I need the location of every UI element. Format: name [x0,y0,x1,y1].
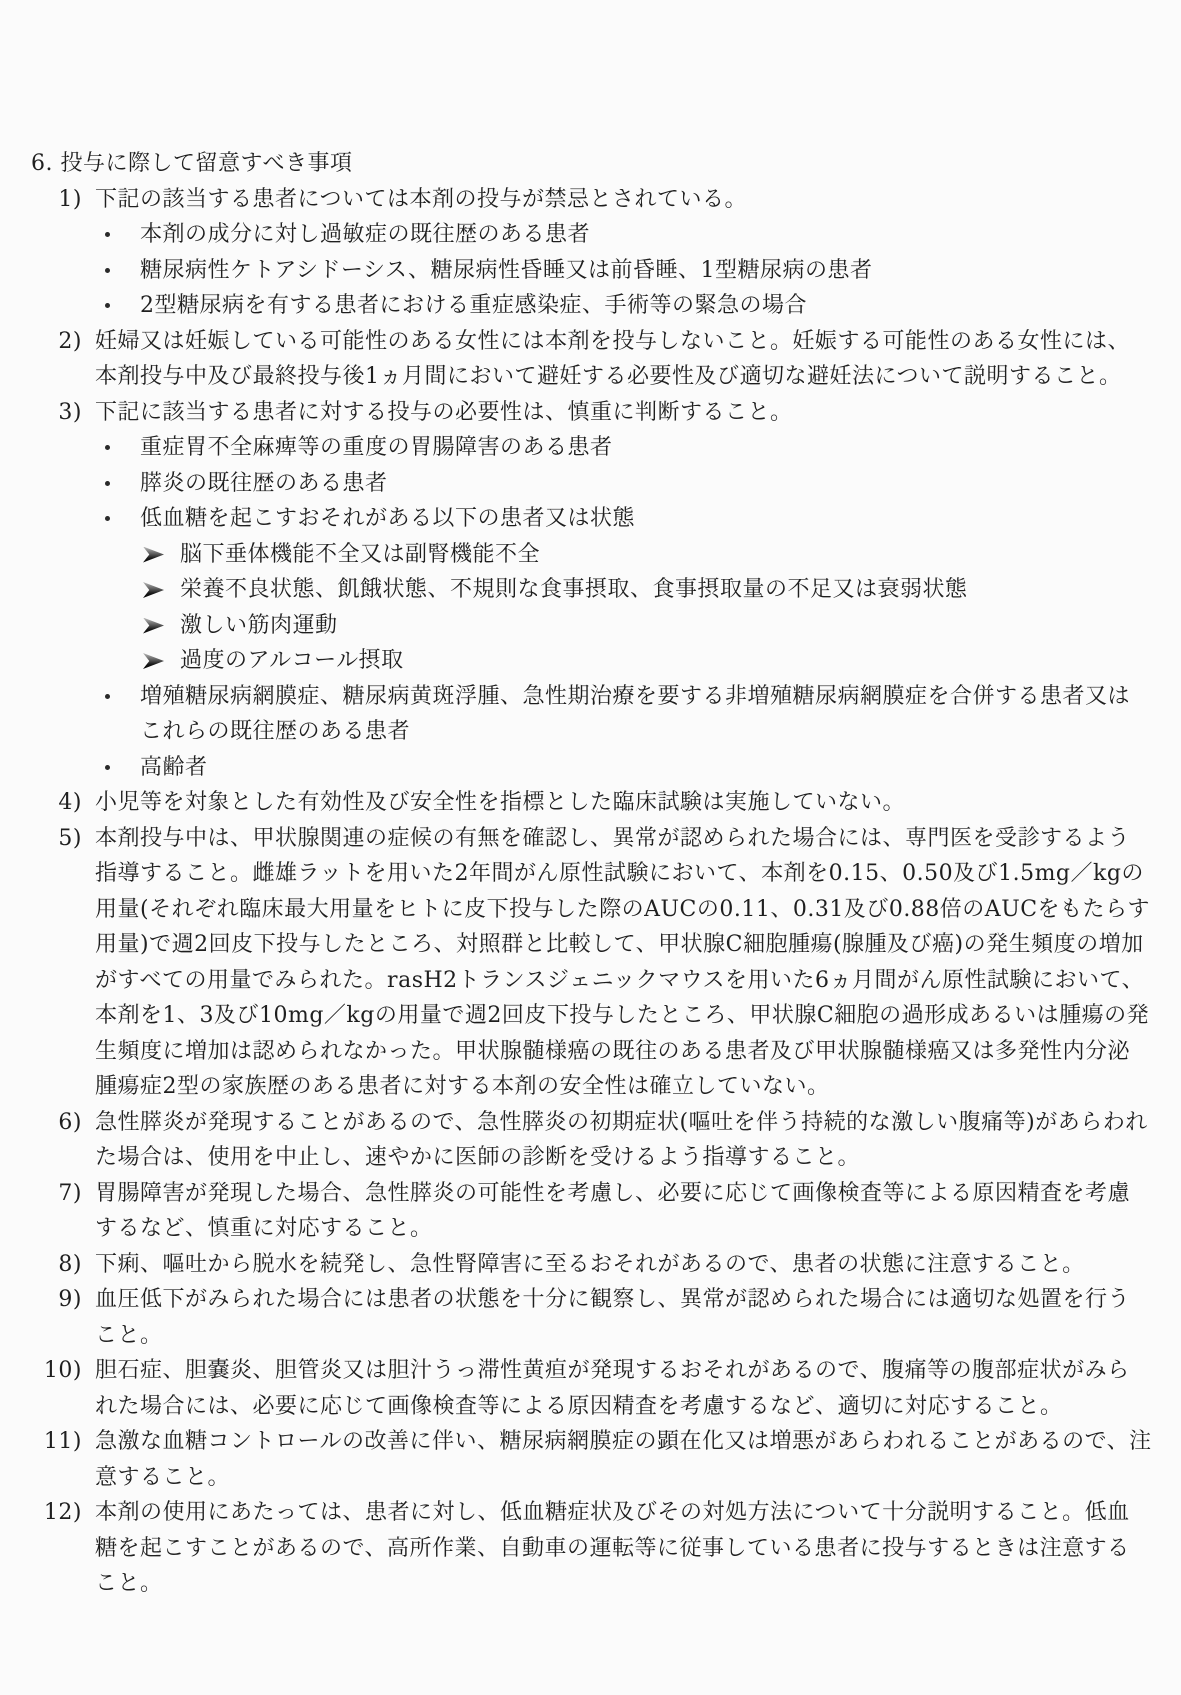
arrow-text: 栄養不良状態、飢餓状態、不規則な食事摂取、食事摂取量の不足又は衰弱状態 [180,572,1152,608]
item-number: 6) [0,1105,82,1141]
arrow-text: 激しい筋肉運動 [180,608,1152,644]
bullet-item: 本剤の成分に対し過敏症の既往歴のある患者 [95,217,1152,253]
list-item: 2) 妊婦又は妊娠している可能性のある女性には本剤を投与しないこと。妊娠する可能… [0,324,1152,395]
item-text: 小児等を対象とした有効性及び安全性を指標とした臨床試験は実施していない。 [95,785,1152,821]
bullet-item: 2型糖尿病を有する患者における重症感染症、手術等の緊急の場合 [95,288,1152,324]
dot-bullet-icon [95,430,140,450]
bullet-text: 膵炎の既往歴のある患者 [140,466,1152,502]
arrow-item: 脳下垂体機能不全又は副腎機能不全 [140,537,1152,573]
bullet-item: 増殖糖尿病網膜症、糖尿病黄斑浮腫、急性期治療を要する非増殖糖尿病網膜症を合併する… [95,679,1152,750]
item-text: 下記に該当する患者に対する投与の必要性は、慎重に判断すること。 [95,395,1152,431]
dot-bullet-icon [95,679,140,699]
item-number: 4) [0,785,82,821]
bullet-item: 低血糖を起こすおそれがある以下の患者又は状態 脳下垂体機能不全又は副腎機能不全 … [95,501,1152,679]
dot-bullet-icon [95,750,140,770]
arrowhead-right-icon [140,572,180,598]
item-text: 胃腸障害が発現した場合、急性膵炎の可能性を考慮し、必要に応じて画像検査等による原… [95,1176,1152,1247]
arrow-text: 過度のアルコール摂取 [180,643,1152,679]
dot-bullet-icon [95,288,140,308]
bullet-item: 糖尿病性ケトアシドーシス、糖尿病性昏睡又は前昏睡、1型糖尿病の患者 [95,253,1152,289]
item-text: 急激な血糖コントロールの改善に伴い、糖尿病網膜症の顕在化又は増悪があらわれること… [95,1424,1152,1495]
item-number: 2) [0,324,82,360]
item-number: 1) [0,182,82,218]
list-item: 11) 急激な血糖コントロールの改善に伴い、糖尿病網膜症の顕在化又は増悪があらわ… [0,1424,1152,1495]
item-text: 本剤投与中は、甲状腺関連の症候の有無を確認し、異常が認められた場合には、専門医を… [95,821,1152,1105]
document-page: 6. 投与に際して留意すべき事項 1) 下記の該当する患者については本剤の投与が… [0,0,1181,1695]
dot-bullet-icon [95,466,140,486]
list-item: 12) 本剤の使用にあたっては、患者に対し、低血糖症状及びその対処方法について十… [0,1495,1152,1602]
bullet-text: 重症胃不全麻痺等の重度の胃腸障害のある患者 [140,430,1152,466]
item-text: 下痢、嘔吐から脱水を続発し、急性腎障害に至るおそれがあるので、患者の状態に注意す… [95,1247,1152,1283]
item-number: 7) [0,1176,82,1212]
list-item: 9) 血圧低下がみられた場合には患者の状態を十分に観察し、異常が認められた場合に… [0,1282,1152,1353]
bullet-item: 重症胃不全麻痺等の重度の胃腸障害のある患者 [95,430,1152,466]
item-number: 3) [0,395,82,431]
bullet-text: 高齢者 [140,750,1152,786]
item-number: 9) [0,1282,82,1318]
item-number: 8) [0,1247,82,1283]
arrowhead-right-icon [140,608,180,634]
arrow-text: 脳下垂体機能不全又は副腎機能不全 [180,537,1152,573]
list-item: 7) 胃腸障害が発現した場合、急性膵炎の可能性を考慮し、必要に応じて画像検査等に… [0,1176,1152,1247]
bullet-text: 増殖糖尿病網膜症、糖尿病黄斑浮腫、急性期治療を要する非増殖糖尿病網膜症を合併する… [140,679,1152,750]
item-text: 血圧低下がみられた場合には患者の状態を十分に観察し、異常が認められた場合には適切… [95,1282,1152,1353]
item-number: 11) [0,1424,82,1460]
bullet-item: 高齢者 [95,750,1152,786]
item-text: 胆石症、胆嚢炎、胆管炎又は胆汁うっ滞性黄疸が発現するおそれがあるので、腹痛等の腹… [95,1353,1152,1424]
list-item: 4) 小児等を対象とした有効性及び安全性を指標とした臨床試験は実施していない。 [0,785,1152,821]
list-item: 8) 下痢、嘔吐から脱水を続発し、急性腎障害に至るおそれがあるので、患者の状態に… [0,1247,1152,1283]
bullet-text: 本剤の成分に対し過敏症の既往歴のある患者 [140,217,1152,253]
bullet-item: 膵炎の既往歴のある患者 [95,466,1152,502]
item-number: 5) [0,821,82,857]
item-text: 本剤の使用にあたっては、患者に対し、低血糖症状及びその対処方法について十分説明す… [95,1495,1152,1602]
list-item: 10) 胆石症、胆嚢炎、胆管炎又は胆汁うっ滞性黄疸が発現するおそれがあるので、腹… [0,1353,1152,1424]
section-heading: 6. 投与に際して留意すべき事項 [0,146,1152,182]
arrowhead-right-icon [140,537,180,563]
dot-bullet-icon [95,217,140,237]
item-text: 妊婦又は妊娠している可能性のある女性には本剤を投与しないこと。妊娠する可能性のあ… [95,324,1152,395]
bullet-text: 低血糖を起こすおそれがある以下の患者又は状態 [140,501,1152,537]
list-item: 5) 本剤投与中は、甲状腺関連の症候の有無を確認し、異常が認められた場合には、専… [0,821,1152,1105]
arrow-item: 過度のアルコール摂取 [140,643,1152,679]
item-text: 下記の該当する患者については本剤の投与が禁忌とされている。 [95,182,1152,218]
arrow-item: 栄養不良状態、飢餓状態、不規則な食事摂取、食事摂取量の不足又は衰弱状態 [140,572,1152,608]
item-number: 12) [0,1495,82,1531]
arrowhead-right-icon [140,643,180,669]
list-item: 6) 急性膵炎が発現することがあるので、急性膵炎の初期症状(嘔吐を伴う持続的な激… [0,1105,1152,1176]
list-item: 3) 下記に該当する患者に対する投与の必要性は、慎重に判断すること。 重症胃不全… [0,395,1152,786]
bullet-text: 糖尿病性ケトアシドーシス、糖尿病性昏睡又は前昏睡、1型糖尿病の患者 [140,253,1152,289]
dot-bullet-icon [95,501,140,521]
dot-bullet-icon [95,253,140,273]
item-number: 10) [0,1353,82,1389]
arrow-item: 激しい筋肉運動 [140,608,1152,644]
list-item: 1) 下記の該当する患者については本剤の投与が禁忌とされている。 本剤の成分に対… [0,182,1152,324]
bullet-text: 2型糖尿病を有する患者における重症感染症、手術等の緊急の場合 [140,288,1152,324]
item-text: 急性膵炎が発現することがあるので、急性膵炎の初期症状(嘔吐を伴う持続的な激しい腹… [95,1105,1152,1176]
